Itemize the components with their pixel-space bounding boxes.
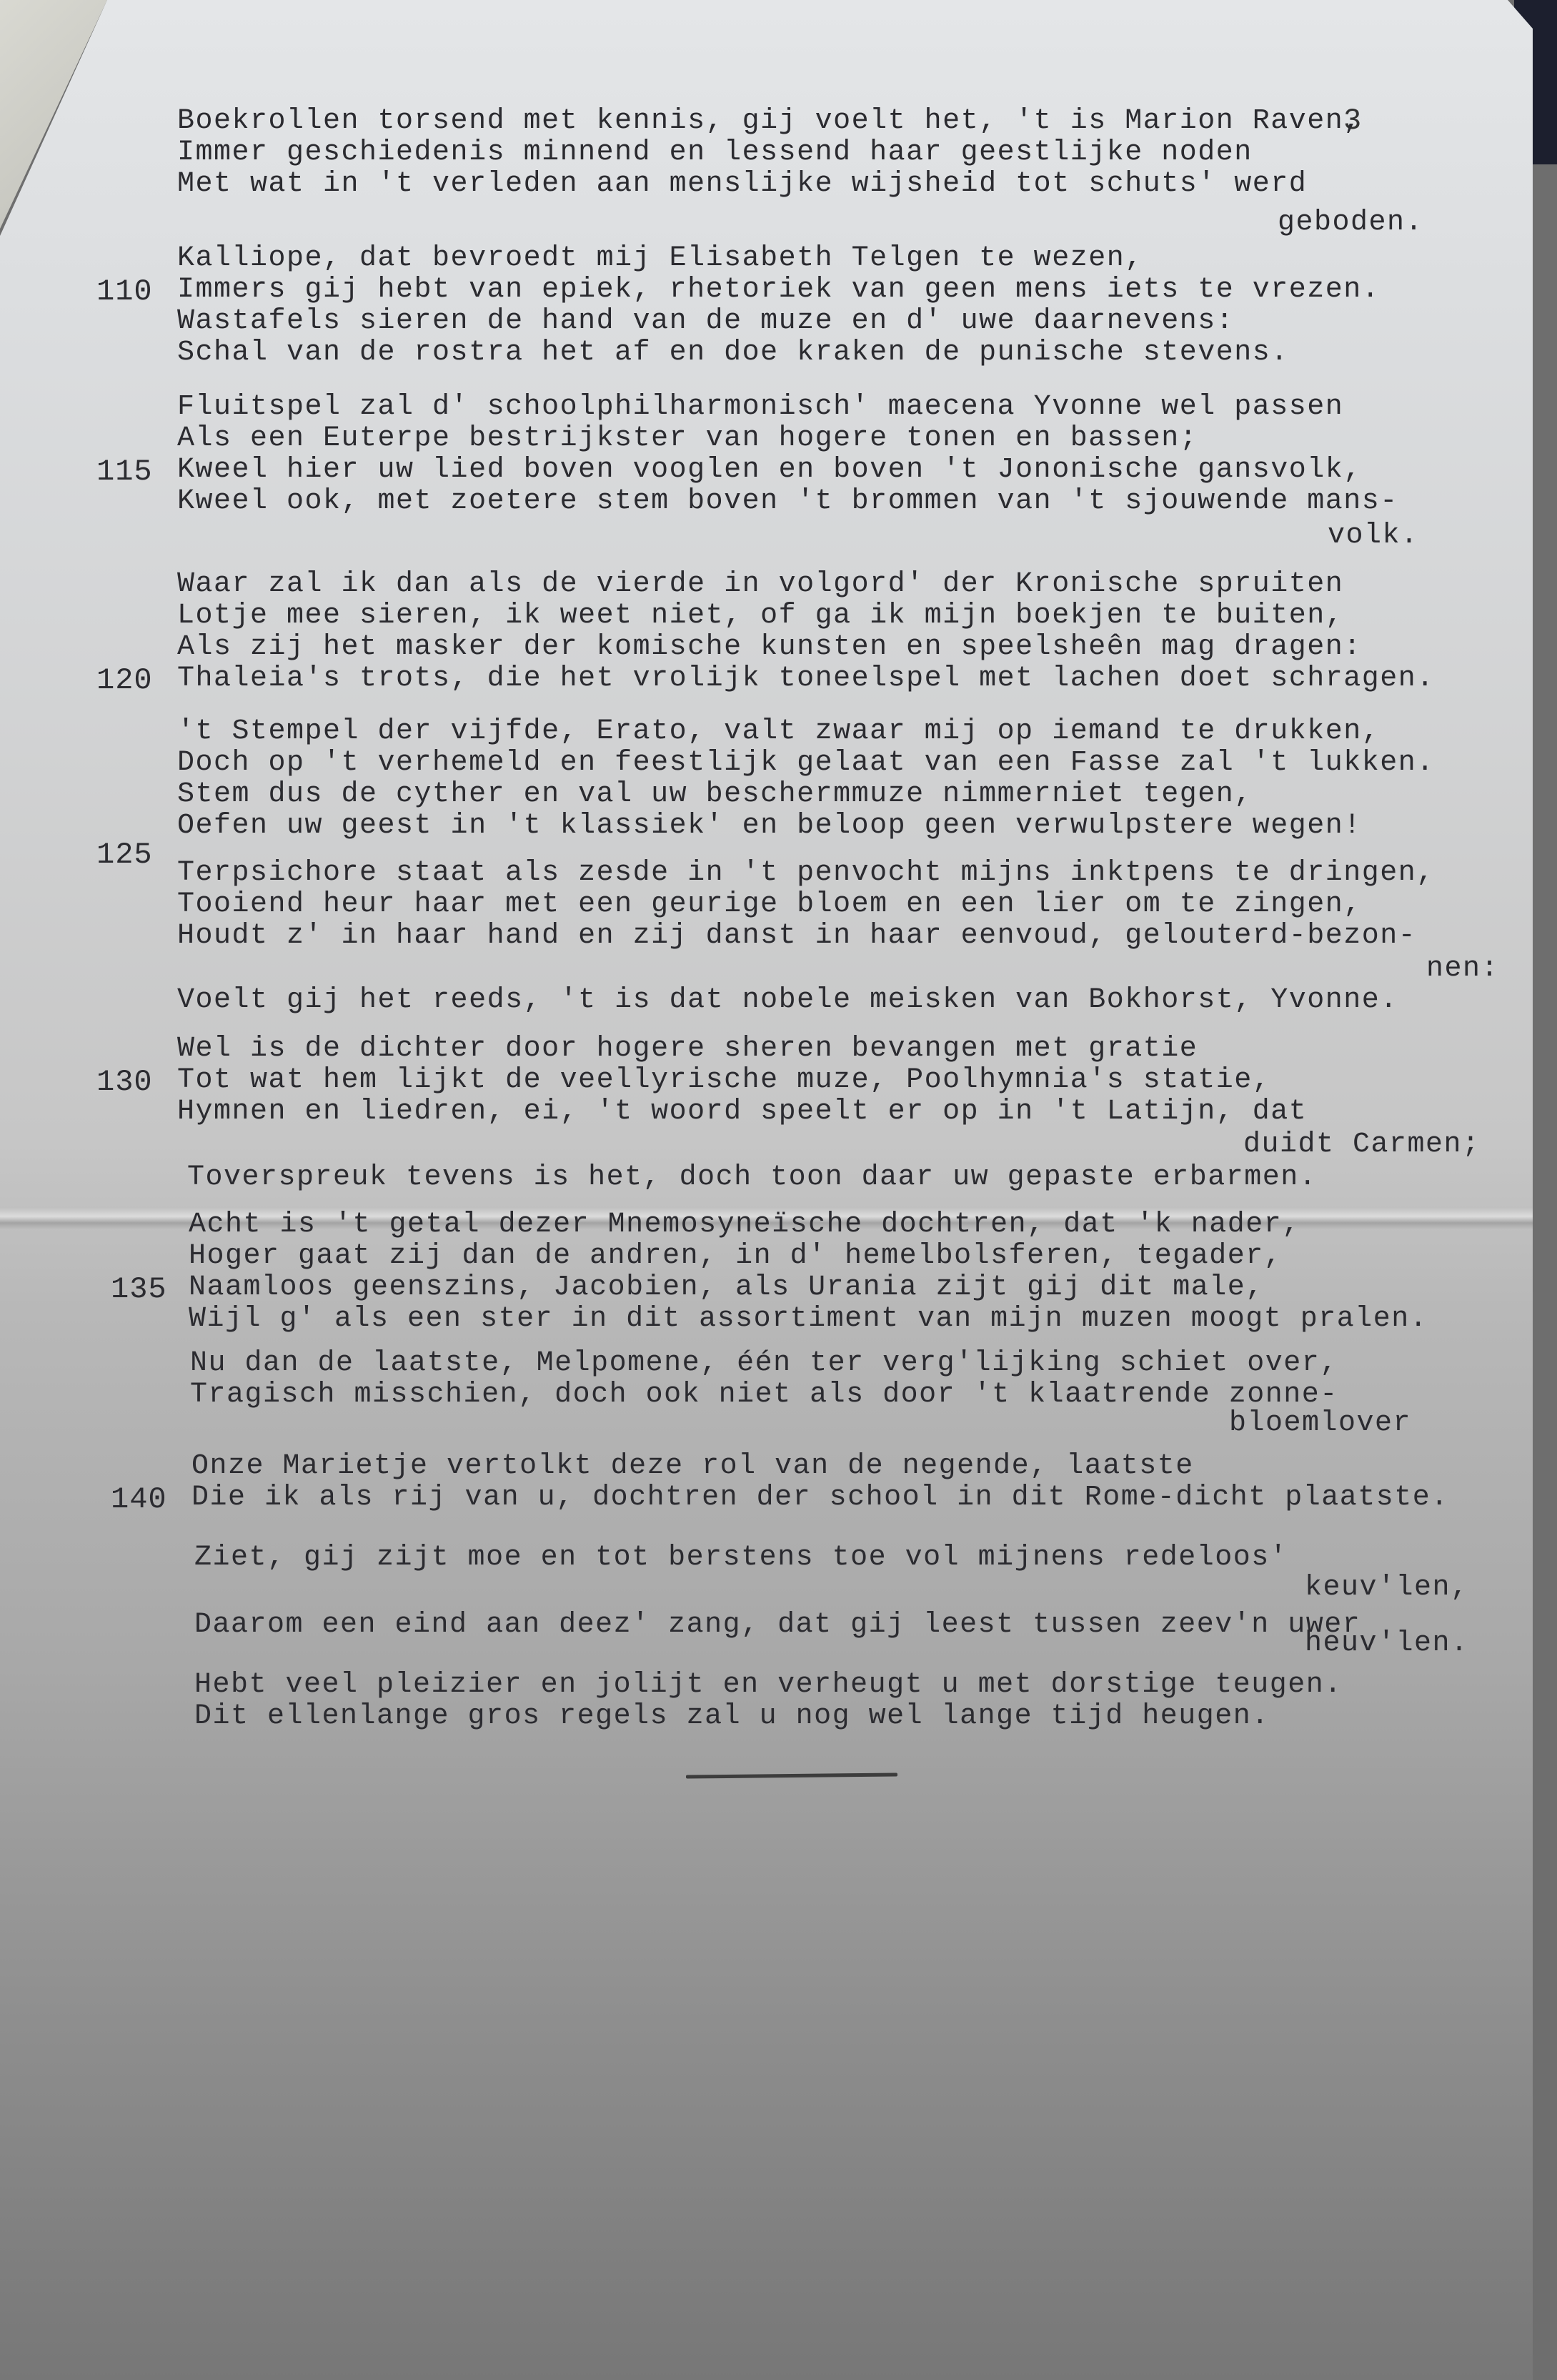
poem-line: Als zij het masker der komische kunsten … [177, 632, 1362, 663]
line-number: 140 [111, 1482, 167, 1517]
line-number: 110 [96, 274, 153, 309]
poem-line: Kweel hier uw lied boven vooglen en bove… [177, 455, 1362, 486]
poem-line: Immers gij hebt van epiek, rhetoriek van… [177, 274, 1380, 306]
poem-line: Nu dan de laatste, Melpomene, één ter ve… [190, 1348, 1338, 1379]
poem-line: Met wat in 't verleden aan menslijke wij… [177, 169, 1307, 200]
line-number: 130 [96, 1065, 153, 1099]
poem-line: Schal van de rostra het af en doe kraken… [177, 337, 1289, 369]
typewritten-page: 3 Boekrollen torsend met kennis, gij voe… [0, 0, 1533, 2380]
poem-line: Stem dus de cyther en val uw beschermmuz… [177, 779, 1253, 810]
poem-line: Wijl g' als een ster in dit assortiment … [189, 1304, 1428, 1335]
poem-line: Naamloos geenszins, Jacobien, als Urania… [189, 1272, 1264, 1304]
line-number: 120 [96, 663, 153, 698]
poem-line: Tragisch misschien, doch ook niet als do… [190, 1379, 1338, 1411]
poem-line-continuation: duidt Carmen; [1243, 1129, 1481, 1161]
poem-line: Wel is de dichter door hogere sheren bev… [177, 1033, 1198, 1065]
poem-line-continuation: nen: [1426, 953, 1499, 985]
poem-line: Voelt gij het reeds, 't is dat nobele me… [177, 985, 1398, 1016]
poem-line: Waar zal ik dan als de vierde in volgord… [177, 569, 1343, 600]
poem-line: Hymnen en liedren, ei, 't woord speelt e… [177, 1096, 1307, 1128]
poem-line: Toverspreuk tevens is het, doch toon daa… [187, 1162, 1317, 1194]
poem-line: Hebt veel pleizier en jolijt en verheugt… [194, 1670, 1343, 1701]
poem-line-continuation: volk. [1328, 520, 1419, 552]
poem-line: Daarom een eind aan deez' zang, dat gij … [194, 1610, 1360, 1641]
poem-line: Oefen uw geest in 't klassiek' en beloop… [177, 810, 1362, 842]
poem-line: Tot wat hem lijkt de veellyrische muze, … [177, 1065, 1270, 1096]
poem-line: Wastafels sieren de hand van de muze en … [177, 306, 1234, 337]
line-number: 115 [96, 455, 153, 489]
end-divider-line [686, 1772, 897, 1778]
poem-line: Immer geschiedenis minnend en lessend ha… [177, 137, 1253, 169]
poem-line: Die ik als rij van u, dochtren der schoo… [191, 1482, 1449, 1514]
poem-line: Onze Marietje vertolkt deze rol van de n… [191, 1451, 1194, 1482]
poem-line: Ziet, gij zijt moe en tot berstens toe v… [194, 1542, 1288, 1574]
poem-line: Terpsichore staat als zesde in 't penvoc… [177, 858, 1435, 889]
poem-line: Kweel ook, met zoetere stem boven 't bro… [177, 486, 1398, 517]
poem-line-continuation: keuv'len, [1305, 1572, 1469, 1604]
poem-line: Thaleia's trots, die het vrolijk toneels… [177, 663, 1435, 695]
poem-line: Tooiend heur haar met een geurige bloem … [177, 889, 1362, 921]
poem-line: Acht is 't getal dezer Mnemosyneïsche do… [189, 1209, 1300, 1241]
poem-line-continuation: heuv'len. [1305, 1628, 1469, 1660]
poem-line: 't Stempel der vijfde, Erato, valt zwaar… [177, 716, 1380, 748]
line-number: 125 [96, 838, 153, 872]
poem-line: Houdt z' in haar hand en zij danst in ha… [177, 921, 1416, 952]
poem-line: Als een Euterpe bestrijkster van hogere … [177, 423, 1198, 455]
poem-line: Lotje mee sieren, ik weet niet, of ga ik… [177, 600, 1343, 632]
poem-line: Dit ellenlange gros regels zal u nog wel… [194, 1701, 1270, 1732]
poem-line-continuation: bloemlover [1229, 1408, 1411, 1439]
poem-line: Kalliope, dat bevroedt mij Elisabeth Tel… [177, 243, 1143, 274]
poem-line: Hoger gaat zij dan de andren, in d' heme… [189, 1241, 1282, 1272]
poem-line: Fluitspel zal d' schoolphilharmonisch' m… [177, 392, 1343, 423]
poem-line: Boekrollen torsend met kennis, gij voelt… [177, 106, 1362, 137]
poem-line: Doch op 't verhemeld en feestlijk gelaat… [177, 748, 1435, 779]
line-number: 135 [111, 1272, 167, 1306]
poem-line-continuation: geboden. [1278, 207, 1423, 239]
